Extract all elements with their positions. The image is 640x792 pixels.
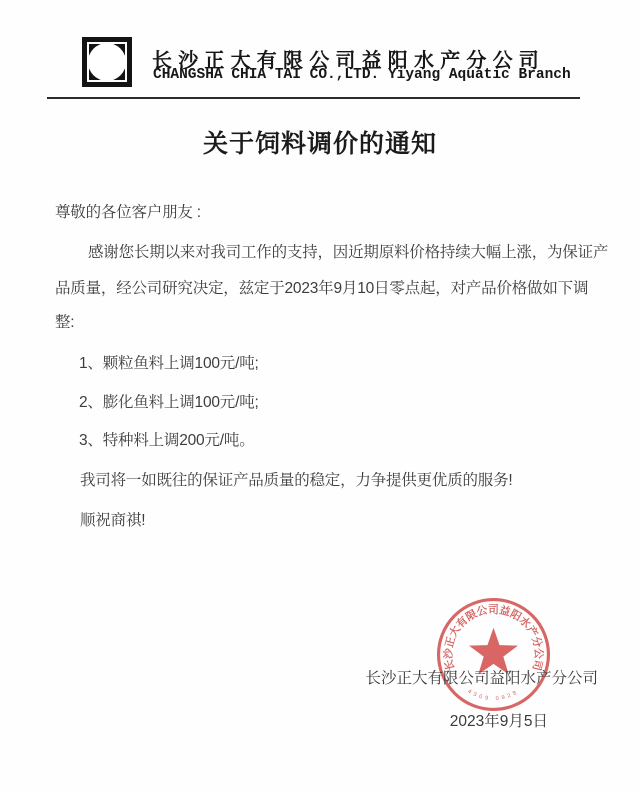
price-item-3: 3、特种料上调200元/吨。 [79,432,255,450]
company-name-english: CHANGSHA CHIA TAI CO.,LTD. Yiyang Aquati… [153,67,571,83]
price-item-2: 2、膨化鱼料上调100元/吨; [79,394,259,412]
greeting-line: 尊敬的各位客户朋友 : [55,204,201,222]
paragraph-line-1: 感谢您长期以来对我司工作的支持，因近期原料价格持续大幅上涨，为保证产 [88,244,608,262]
price-item-1: 1、颗粒鱼料上调100元/吨; [79,355,259,373]
paragraph-line-2: 品质量，经公司研究决定，兹定于2023年9月10日零点起，对产品价格做如下调 [55,280,588,298]
notice-title: 关于饲料调价的通知 [0,131,640,159]
company-logo-icon [82,37,132,87]
signature-company: 长沙正大有限公司益阳水产分公司 [365,666,598,688]
company-seal-stamp: 长沙正大有限公司益阳水产分公司 4309 0928 [434,595,553,714]
company-logo-square [89,44,125,80]
company-logo-circle [89,44,125,80]
letterhead-divider [47,97,580,99]
closing-line: 我司将一如既往的保证产品质量的稳定，力争提供更优质的服务! [80,472,513,490]
signature-date: 2023年9月5日 [450,709,548,731]
notice-document-page: 长沙正大有限公司益阳水产分公司 CHANGSHA CHIA TAI CO.,LT… [0,0,640,792]
regards-line: 顺祝商祺! [80,512,145,530]
seal-code-text: 4309 0928 [467,689,521,702]
paragraph-line-3: 整: [55,314,74,332]
